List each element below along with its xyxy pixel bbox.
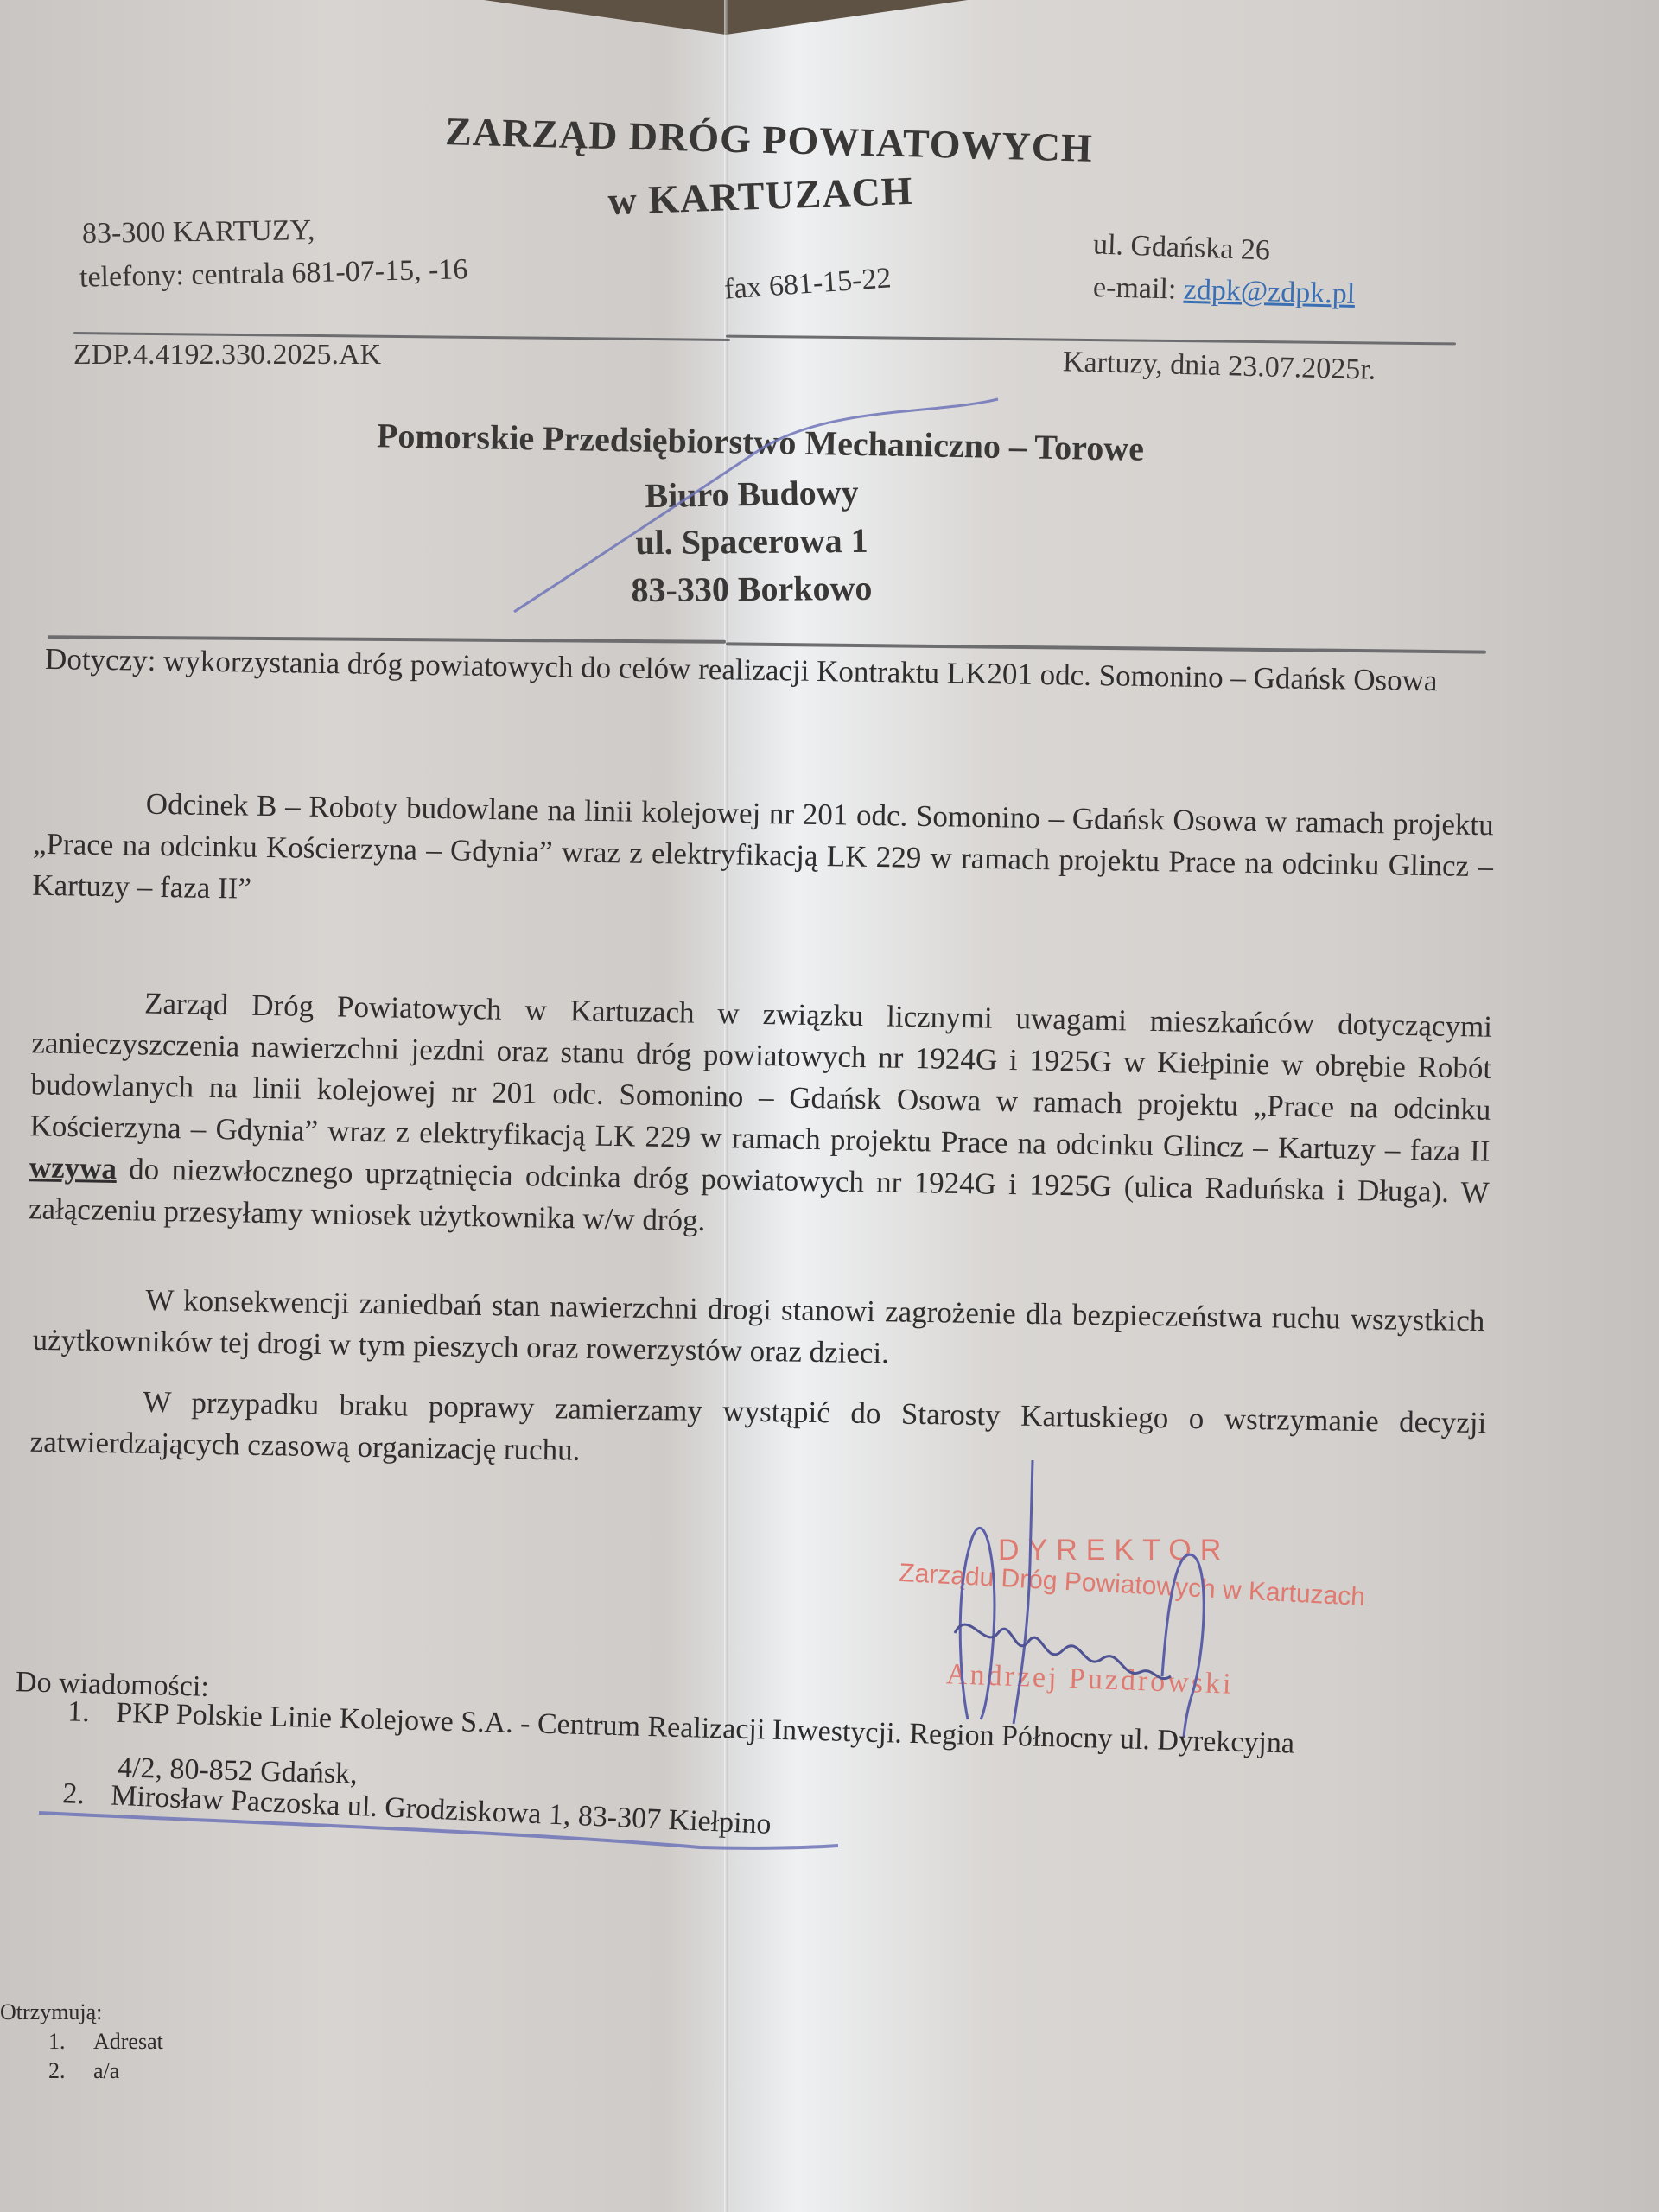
cc-item-1-number: 1.: [67, 1695, 90, 1728]
paragraph-request: Zarząd Dróg Powiatowych w Kartuzach w zw…: [29, 981, 1493, 1255]
request-text-before: Zarząd Dróg Powiatowych w Kartuzach w zw…: [29, 987, 1492, 1168]
paragraph-project-description: Odcinek B – Roboty budowlane na linii ko…: [32, 782, 1494, 930]
recipients-heading: Otrzymują:: [0, 1998, 102, 2027]
handwritten-signature: [933, 1460, 1279, 1737]
paragraph-consequences: W konsekwencji zaniedbań stan nawierzchn…: [32, 1278, 1484, 1383]
request-text-after: do niezwłocznego uprzątnięcia odcinka dr…: [29, 1152, 1490, 1237]
request-emphasis: wzywa: [29, 1150, 118, 1185]
recipient-item-2: 2. a/a: [48, 2056, 119, 2086]
recipient-item-1: 1. Adresat: [48, 2027, 163, 2056]
cc-underline-pen: [0, 1797, 864, 1866]
letter-page: ZARZĄD DRÓG POWIATOWYCH w KARTUZACH 83-3…: [0, 0, 1659, 2212]
recipient-item-1-number: 1.: [48, 2029, 66, 2054]
recipient-item-2-number: 2.: [48, 2058, 66, 2083]
recipient-item-1-text: Adresat: [93, 2029, 163, 2054]
recipient-item-2-text: a/a: [93, 2058, 119, 2083]
addressee-pen-strike: [0, 0, 1659, 691]
